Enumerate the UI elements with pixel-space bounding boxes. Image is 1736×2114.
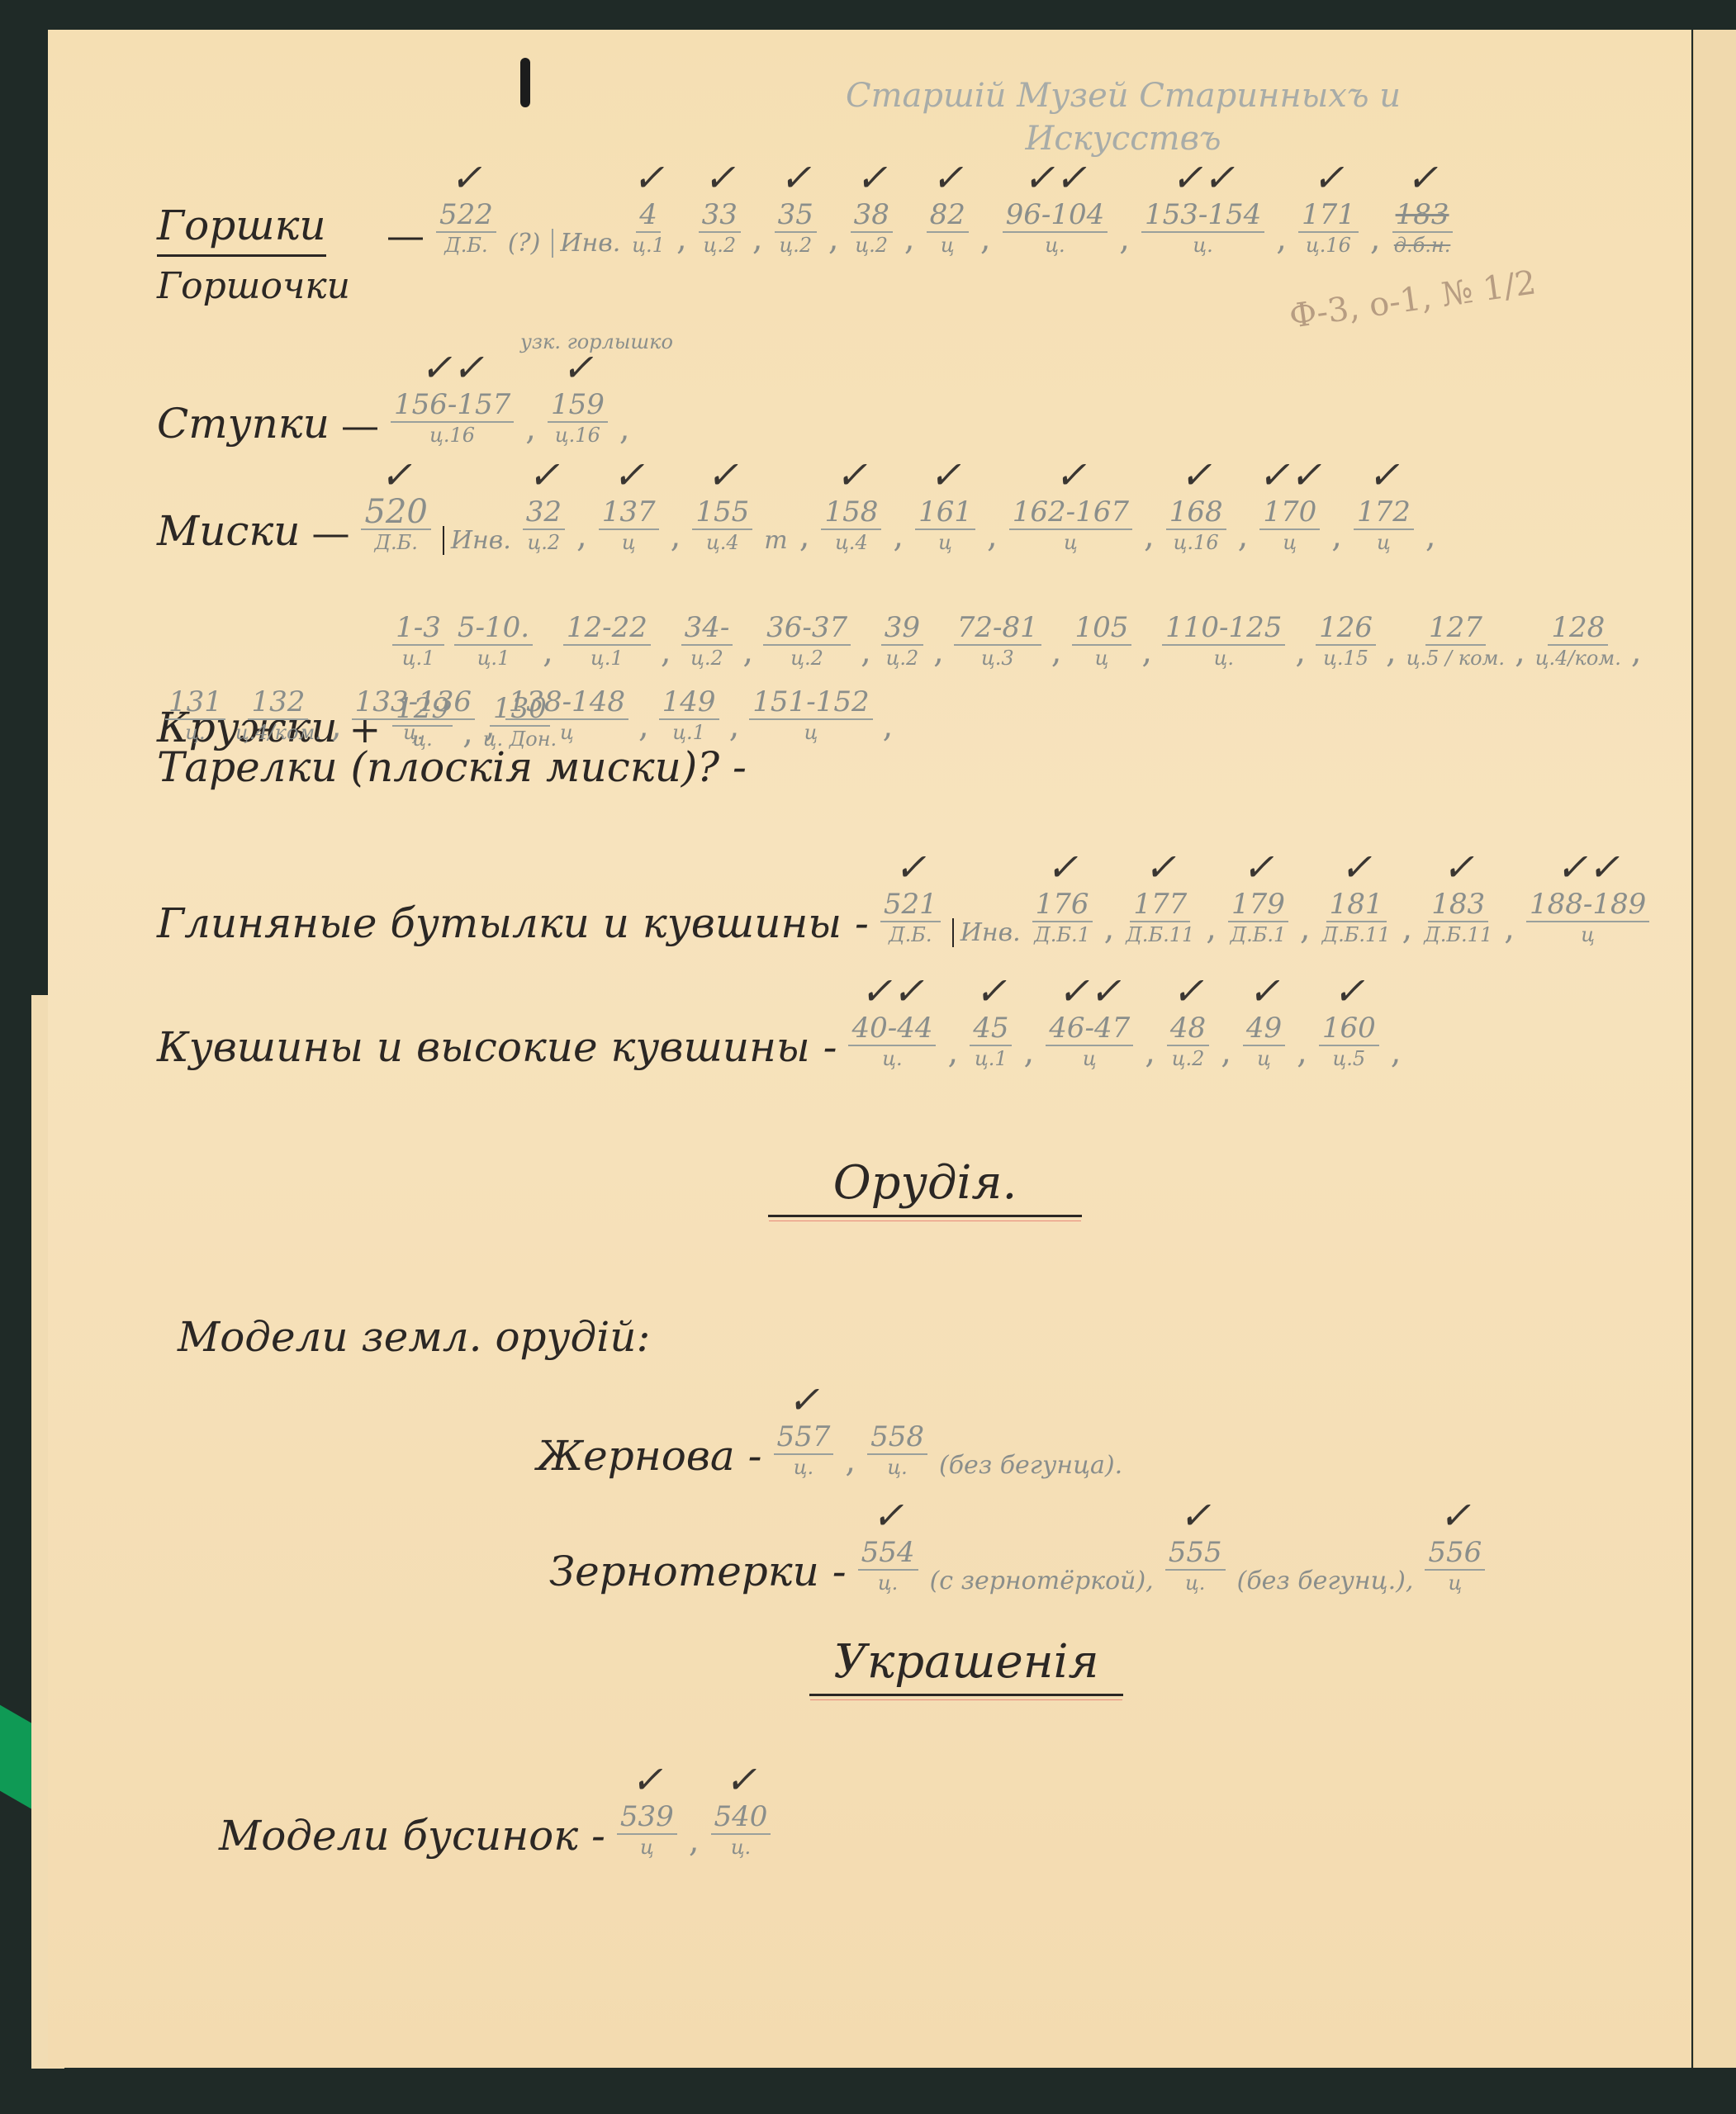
ref: ✓82ц: [927, 198, 969, 258]
tools-line-grain-grinders: Зернотерки - ✓554ц. (с зернотёркой), ✓55…: [549, 1536, 1485, 1595]
ref: 12-22ц.1: [563, 611, 651, 671]
check-icon: ✓: [1248, 969, 1280, 1013]
ref: ✓162-167ц: [1009, 495, 1132, 555]
check-icon: ✓: [1172, 969, 1204, 1013]
ref: ✓✓40-44ц.: [848, 1012, 936, 1071]
section-intro: Модели земл. орудій:: [178, 1313, 650, 1361]
ref: ✓160ц.5: [1319, 1012, 1379, 1071]
entry-label: Ступки: [157, 400, 330, 448]
ref: 34-ц.2: [681, 611, 733, 671]
check-icon: ✓: [1333, 969, 1365, 1013]
ref-note: (без бегунца).: [939, 1451, 1122, 1480]
ref-note: (?): [508, 229, 541, 258]
ref-struck: ✓183д.б.н.: [1392, 198, 1453, 258]
ref: 5-10.ц.1: [454, 611, 533, 671]
check-icon: ✓✓: [1058, 969, 1122, 1013]
ref: ✓181Д.Б.11: [1322, 888, 1391, 947]
ref: ✓48ц.2: [1167, 1012, 1209, 1071]
check-icon: ✓: [856, 155, 888, 200]
entry-clay-bottles: Глиняные бутылки и кувшины - ✓521Д.Б. Ин…: [157, 888, 1649, 947]
ref: ✓177Д.Б.11: [1126, 888, 1194, 947]
line-label: Модели бусинок -: [219, 1812, 605, 1860]
check-icon: ✓: [975, 969, 1008, 1013]
ref: 127ц.5 / ком.: [1406, 611, 1505, 671]
heading-underline: [768, 1215, 1082, 1217]
ref: ✓35ц.2: [775, 198, 817, 258]
check-icon: ✓: [1046, 845, 1079, 889]
inventory-prefix: Инв.: [443, 526, 511, 555]
section-heading-ornaments: Украшенія: [809, 1635, 1123, 1696]
ref: ✓556ц: [1425, 1536, 1485, 1595]
ref: ✓✓153-154ц.: [1141, 198, 1264, 258]
ref: ✓33ц.2: [699, 198, 741, 258]
ref: ✓539ц: [617, 1800, 677, 1860]
ref: 1-3ц.1: [392, 611, 444, 671]
page-number-mark: [520, 58, 530, 107]
entry-pots: Горшки Горшочки — ✓522Д.Б. (?) Инв. ✓4ц.…: [157, 198, 1453, 307]
entry-sublabel: Горшочки: [157, 265, 350, 307]
check-icon: ✓: [562, 345, 594, 390]
ref: 558ц.: [867, 1420, 927, 1480]
entry-jugs: Кувшины и высокие кувшины - ✓✓40-44ц., ✓…: [157, 1012, 1402, 1071]
dash: —: [387, 213, 425, 258]
ref: ✓172ц: [1354, 495, 1414, 555]
check-icon: ✓✓: [861, 969, 924, 1013]
ref: 131ц.: [165, 685, 225, 745]
check-icon: ✓✓: [420, 345, 484, 390]
ref-note: (без бегунц.),: [1237, 1567, 1414, 1595]
ref: ✓555ц.: [1165, 1536, 1226, 1595]
ref: 126ц.15: [1316, 611, 1376, 671]
check-icon: ✓: [725, 1757, 757, 1802]
ref: ✓✓170ц: [1259, 495, 1320, 555]
entry-label: Кувшины и высокие кувшины -: [157, 1023, 837, 1071]
adjacent-page-edge: [1693, 30, 1736, 2068]
ref: ✓183Д.Б.11: [1424, 888, 1492, 947]
ref: ✓49ц: [1243, 1012, 1285, 1071]
check-icon: ✓: [633, 155, 665, 200]
ref: ✓179Д.Б.1: [1228, 888, 1288, 947]
check-icon: ✓: [1179, 1493, 1212, 1538]
ref: 105ц: [1072, 611, 1132, 671]
check-icon: ✓: [707, 453, 739, 497]
ornaments-line-beads: Модели бусинок - ✓539ц, ✓540ц.: [219, 1800, 771, 1860]
ref: 132ц.4/ком.: [235, 685, 321, 745]
entry-bowls: Миски — ✓520Д.Б. Инв. ✓32ц.2, ✓137ц, ✓15…: [157, 495, 1436, 555]
check-icon: ✓: [1180, 453, 1212, 497]
check-icon: ✓: [788, 1377, 820, 1422]
ref: ✓158ц.4: [821, 495, 881, 555]
entry-label: Миски: [157, 507, 300, 555]
check-icon: ✓: [704, 155, 736, 200]
ref: ✓32ц.2: [523, 495, 565, 555]
check-icon: ✓: [929, 453, 961, 497]
ref: ✓✓96-104ц.: [1003, 198, 1108, 258]
check-icon: ✓: [1442, 845, 1474, 889]
dash: —: [341, 403, 379, 448]
ref-note: (с зернотёркой),: [930, 1567, 1154, 1595]
ref: ✓540ц.: [711, 1800, 771, 1860]
ref: 149ц.1: [659, 685, 719, 745]
ref: 128ц.4/ком.: [1535, 611, 1621, 671]
ref: ✓168ц.16: [1166, 495, 1226, 555]
ref: ✓522Д.Б.: [436, 198, 496, 258]
ref: 151-152ц: [749, 685, 872, 745]
ref: ✓✓156-157ц.16: [391, 388, 514, 448]
ref: ✓159ц.16: [548, 388, 608, 448]
inventory-prefix: Инв.: [952, 918, 1021, 947]
check-icon: ✓: [1440, 1493, 1472, 1538]
ref: 72-81ц.3: [954, 611, 1041, 671]
check-icon: ✓: [872, 1493, 904, 1538]
ref: ✓45ц.1: [970, 1012, 1012, 1071]
ref: 138-148ц: [505, 685, 628, 745]
entry-mugs-continued: 131ц. 132ц.4/ком., 133-136ц., 138-148ц, …: [165, 685, 893, 745]
ref: ✓✓188-189ц: [1526, 888, 1649, 947]
ref: ✓✓46-47ц: [1046, 1012, 1133, 1071]
ref: ✓176Д.Б.1: [1032, 888, 1093, 947]
check-icon: ✓: [894, 845, 927, 889]
tools-intro: Модели земл. орудій:: [178, 1313, 650, 1361]
ref: ✓557ц.: [774, 1420, 834, 1480]
check-icon: ✓: [780, 155, 812, 200]
check-icon: ✓: [631, 1757, 663, 1802]
ref: ✓137ц: [599, 495, 659, 555]
ref: ✓161ц: [915, 495, 975, 555]
ref: 39ц.2: [881, 611, 923, 671]
entry-label: Горшки: [157, 201, 326, 257]
ref: ✓171ц.16: [1298, 198, 1359, 258]
check-icon: ✓: [836, 453, 868, 497]
ref: 110-125ц.: [1162, 611, 1285, 671]
check-icon: ✓: [1406, 155, 1439, 200]
line-label: Зернотерки -: [549, 1548, 847, 1595]
check-icon: ✓: [1312, 155, 1345, 200]
check-icon: ✓✓: [1171, 155, 1235, 200]
entry-mortars: Ступки — ✓✓156-157ц.16, ✓159ц.16,: [157, 388, 630, 448]
check-icon: ✓: [1242, 845, 1274, 889]
ref: ✓554ц.: [858, 1536, 918, 1595]
ref: ✓521Д.Б.: [880, 888, 941, 947]
check-icon: ✓: [1055, 453, 1087, 497]
ref: 36-37ц.2: [763, 611, 851, 671]
dash: —: [311, 510, 349, 555]
check-icon: ✓: [932, 155, 964, 200]
check-icon: ✓: [1144, 845, 1176, 889]
entry-plates: Тарелки (плоскія миски)? -: [157, 743, 747, 791]
check-icon: ✓: [1368, 453, 1400, 497]
check-icon: ✓✓: [1258, 453, 1321, 497]
check-icon: ✓✓: [1023, 155, 1087, 200]
ref: ✓4ц.1: [632, 198, 665, 258]
ref: ✓520Д.Б.: [361, 495, 430, 555]
ref: 133-136ц.: [352, 685, 475, 745]
ref: ✓38ц.2: [851, 198, 893, 258]
tools-line-millstones: Жернова - ✓557ц., 558ц. (без бегунца).: [537, 1420, 1122, 1480]
check-icon: ✓: [1340, 845, 1373, 889]
check-icon: ✓: [450, 155, 482, 200]
ref: ✓155ц.4: [692, 495, 752, 555]
check-icon: ✓: [613, 453, 645, 497]
entry-label: Глиняные бутылки и кувшины -: [157, 899, 869, 947]
check-icon: ✓: [380, 453, 412, 497]
line-label: Жернова -: [537, 1432, 762, 1480]
heading-underline: [809, 1694, 1123, 1696]
pencil-header-note: Старшій Музей Старинныхъ и Искусствъ: [826, 74, 1421, 160]
check-icon: ✓: [528, 453, 560, 497]
entry-label: Тарелки (плоскія миски)? -: [157, 743, 747, 791]
ref-under-note: узк. горлышко: [520, 330, 673, 353]
section-heading-tools: Орудія.: [768, 1156, 1082, 1217]
inventory-prefix: Инв.: [552, 229, 620, 258]
check-icon: ✓✓: [1556, 845, 1620, 889]
